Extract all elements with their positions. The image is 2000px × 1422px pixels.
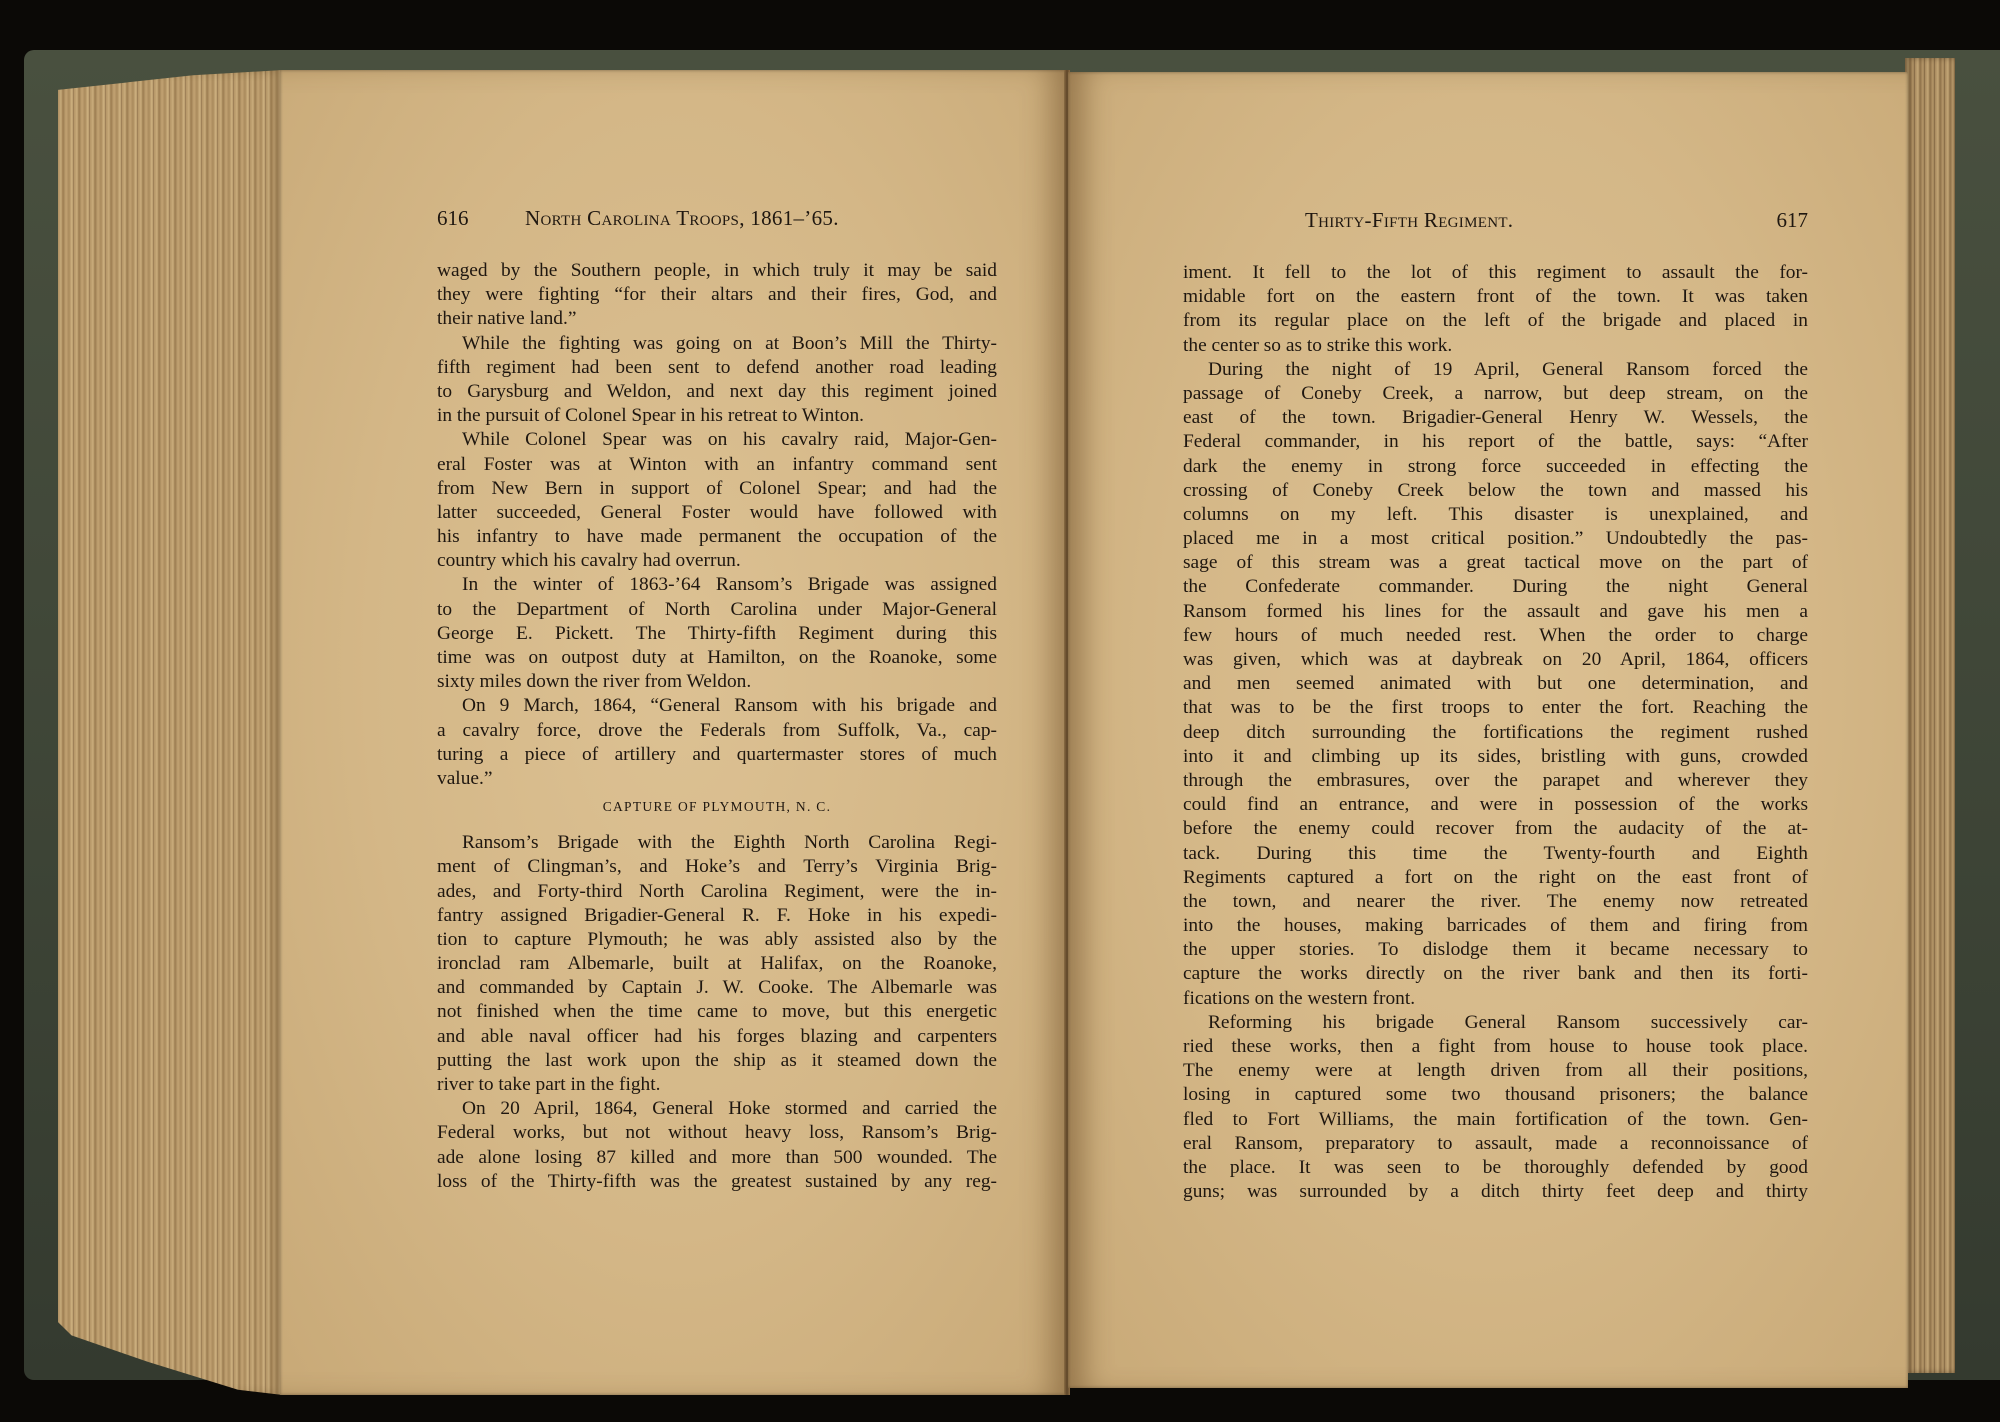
text-line: During the night of 19 April, General Ra… (1183, 358, 1808, 382)
text-line: placed me in a most critical position.” … (1183, 527, 1808, 551)
running-head-title: Thirty-Fifth Regiment. (1305, 208, 1513, 233)
text-line: fantry assigned Brigadier-General R. F. … (437, 904, 997, 928)
body-text-left: waged by the Southern people, in which t… (437, 259, 997, 1194)
running-head-right: Thirty-Fifth Regiment. 617 (1183, 208, 1808, 238)
text-line: to Garysburg and Weldon, and next day th… (437, 380, 997, 404)
text-line: capture the works directly on the river … (1183, 962, 1808, 986)
text-line: a cavalry force, drove the Federals from… (437, 719, 997, 743)
text-line: Ransom formed his lines for the assault … (1183, 600, 1808, 624)
text-line: deep ditch surrounding the fortification… (1183, 721, 1808, 745)
text-line: midable fort on the eastern front of the… (1183, 285, 1808, 309)
running-head-left: 616 North Carolina Troops, 1861–’65. (437, 206, 997, 236)
text-line: George E. Pickett. The Thirty-fifth Regi… (437, 622, 997, 646)
text-line: country which his cavalry had overrun. (437, 549, 997, 573)
text-line: Federal commander, in his report of the … (1183, 430, 1808, 454)
text-line: few hours of much needed rest. When the … (1183, 624, 1808, 648)
text-line: eral Ransom, preparatory to assault, mad… (1183, 1132, 1808, 1156)
text-line: On 20 April, 1864, General Hoke stormed … (437, 1097, 997, 1121)
text-line: In the winter of 1863-’64 Ransom’s Briga… (437, 573, 997, 597)
text-line: waged by the Southern people, in which t… (437, 259, 997, 283)
text-line: losing in captured some two thousand pri… (1183, 1083, 1808, 1107)
text-line: the Confederate commander. During the ni… (1183, 575, 1808, 599)
text-line: east of the town. Brigadier-General Henr… (1183, 406, 1808, 430)
page-edges-left (58, 70, 283, 1395)
text-line: sixty miles down the river from Weldon. (437, 670, 997, 694)
text-line: Federal works, but not without heavy los… (437, 1121, 997, 1145)
text-line: through the embrasures, over the parapet… (1183, 769, 1808, 793)
text-line: columns on my left. This disaster is une… (1183, 503, 1808, 527)
left-page: 616 North Carolina Troops, 1861–’65. wag… (280, 70, 1070, 1395)
text-line: could find an entrance, and were in poss… (1183, 793, 1808, 817)
paragraphs-after-heading: Ransom’s Brigade with the Eighth North C… (437, 831, 997, 1194)
text-line: sage of this stream was a great tactical… (1183, 551, 1808, 575)
text-line: from its regular place on the left of th… (1183, 309, 1808, 333)
text-line: fled to Fort Williams, the main fortific… (1183, 1108, 1808, 1132)
text-line: river to take part in the fight. (437, 1073, 997, 1097)
text-line: iment. It fell to the lot of this regime… (1183, 261, 1808, 285)
text-line: into the houses, making barricades of th… (1183, 914, 1808, 938)
text-line: in the pursuit of Colonel Spear in his r… (437, 404, 997, 428)
text-line: before the enemy could recover from the … (1183, 817, 1808, 841)
text-line: latter succeeded, General Foster would h… (437, 501, 997, 525)
text-line: ment of Clingman’s, and Hoke’s and Terry… (437, 855, 997, 879)
text-line: eral Foster was at Winton with an infant… (437, 453, 997, 477)
running-head-title: North Carolina Troops, 1861–’65. (525, 206, 839, 231)
text-line: dark the enemy in strong force succeeded… (1183, 455, 1808, 479)
text-line: was given, which was at daybreak on 20 A… (1183, 648, 1808, 672)
paragraphs: iment. It fell to the lot of this regime… (1183, 261, 1808, 1204)
text-line: time was on outpost duty at Hamilton, on… (437, 646, 997, 670)
body-text-right: iment. It fell to the lot of this regime… (1183, 261, 1808, 1204)
text-line: turing a piece of artillery and quarterm… (437, 743, 997, 767)
text-line: crossing of Coneby Creek below the town … (1183, 479, 1808, 503)
text-line: the center so as to strike this work. (1183, 334, 1808, 358)
text-line: that was to be the first troops to enter… (1183, 696, 1808, 720)
text-line: the place. It was seen to be thoroughly … (1183, 1156, 1808, 1180)
text-line: passage of Coneby Creek, a narrow, but d… (1183, 382, 1808, 406)
page-number: 616 (437, 206, 469, 231)
text-line: While Colonel Spear was on his cavalry r… (437, 428, 997, 452)
text-line: the town, and nearer the river. The enem… (1183, 890, 1808, 914)
text-line: ironclad ram Albemarle, built at Halifax… (437, 952, 997, 976)
text-line: Ransom’s Brigade with the Eighth North C… (437, 831, 997, 855)
text-line: ades, and Forty-third North Carolina Reg… (437, 880, 997, 904)
text-line: fications on the western front. (1183, 987, 1808, 1011)
text-line: ried these works, then a fight from hous… (1183, 1035, 1808, 1059)
text-line: Reforming his brigade General Ransom suc… (1183, 1011, 1808, 1035)
right-page: Thirty-Fifth Regiment. 617 iment. It fel… (1068, 72, 1908, 1388)
text-line: The enemy were at length driven from all… (1183, 1059, 1808, 1083)
text-line: his infantry to have made permanent the … (437, 525, 997, 549)
text-line: putting the last work upon the ship as i… (437, 1049, 997, 1073)
text-line: they were fighting “for their altars and… (437, 283, 997, 307)
text-line: While the fighting was going on at Boon’… (437, 332, 997, 356)
text-line: loss of the Thirty-fifth was the greates… (437, 1170, 997, 1194)
text-line: value.” (437, 767, 997, 791)
text-line: ade alone losing 87 killed and more than… (437, 1146, 997, 1170)
text-line: tion to capture Plymouth; he was ably as… (437, 928, 997, 952)
page-number: 617 (1777, 208, 1809, 233)
page-edges-right (1905, 58, 1955, 1373)
paragraphs-before-heading: waged by the Southern people, in which t… (437, 259, 997, 791)
text-line: the upper stories. To dislodge them it b… (1183, 938, 1808, 962)
text-line: On 9 March, 1864, “General Ransom with h… (437, 694, 997, 718)
text-line: from New Bern in support of Colonel Spea… (437, 477, 997, 501)
text-line: Regiments captured a fort on the right o… (1183, 866, 1808, 890)
text-line: their native land.” (437, 307, 997, 331)
text-line: and able naval officer had his forges bl… (437, 1025, 997, 1049)
text-line: tack. During this time the Twenty-fourth… (1183, 842, 1808, 866)
section-heading: CAPTURE OF PLYMOUTH, N. C. (437, 795, 997, 819)
text-line: guns; was surrounded by a ditch thirty f… (1183, 1180, 1808, 1204)
text-line: and commanded by Captain J. W. Cooke. Th… (437, 976, 997, 1000)
text-line: into it and climbing up its sides, brist… (1183, 745, 1808, 769)
text-line: fifth regiment had been sent to defend a… (437, 356, 997, 380)
text-line: and men seemed animated with but one det… (1183, 672, 1808, 696)
text-line: to the Department of North Carolina unde… (437, 598, 997, 622)
text-line: not finished when the time came to move,… (437, 1000, 997, 1024)
